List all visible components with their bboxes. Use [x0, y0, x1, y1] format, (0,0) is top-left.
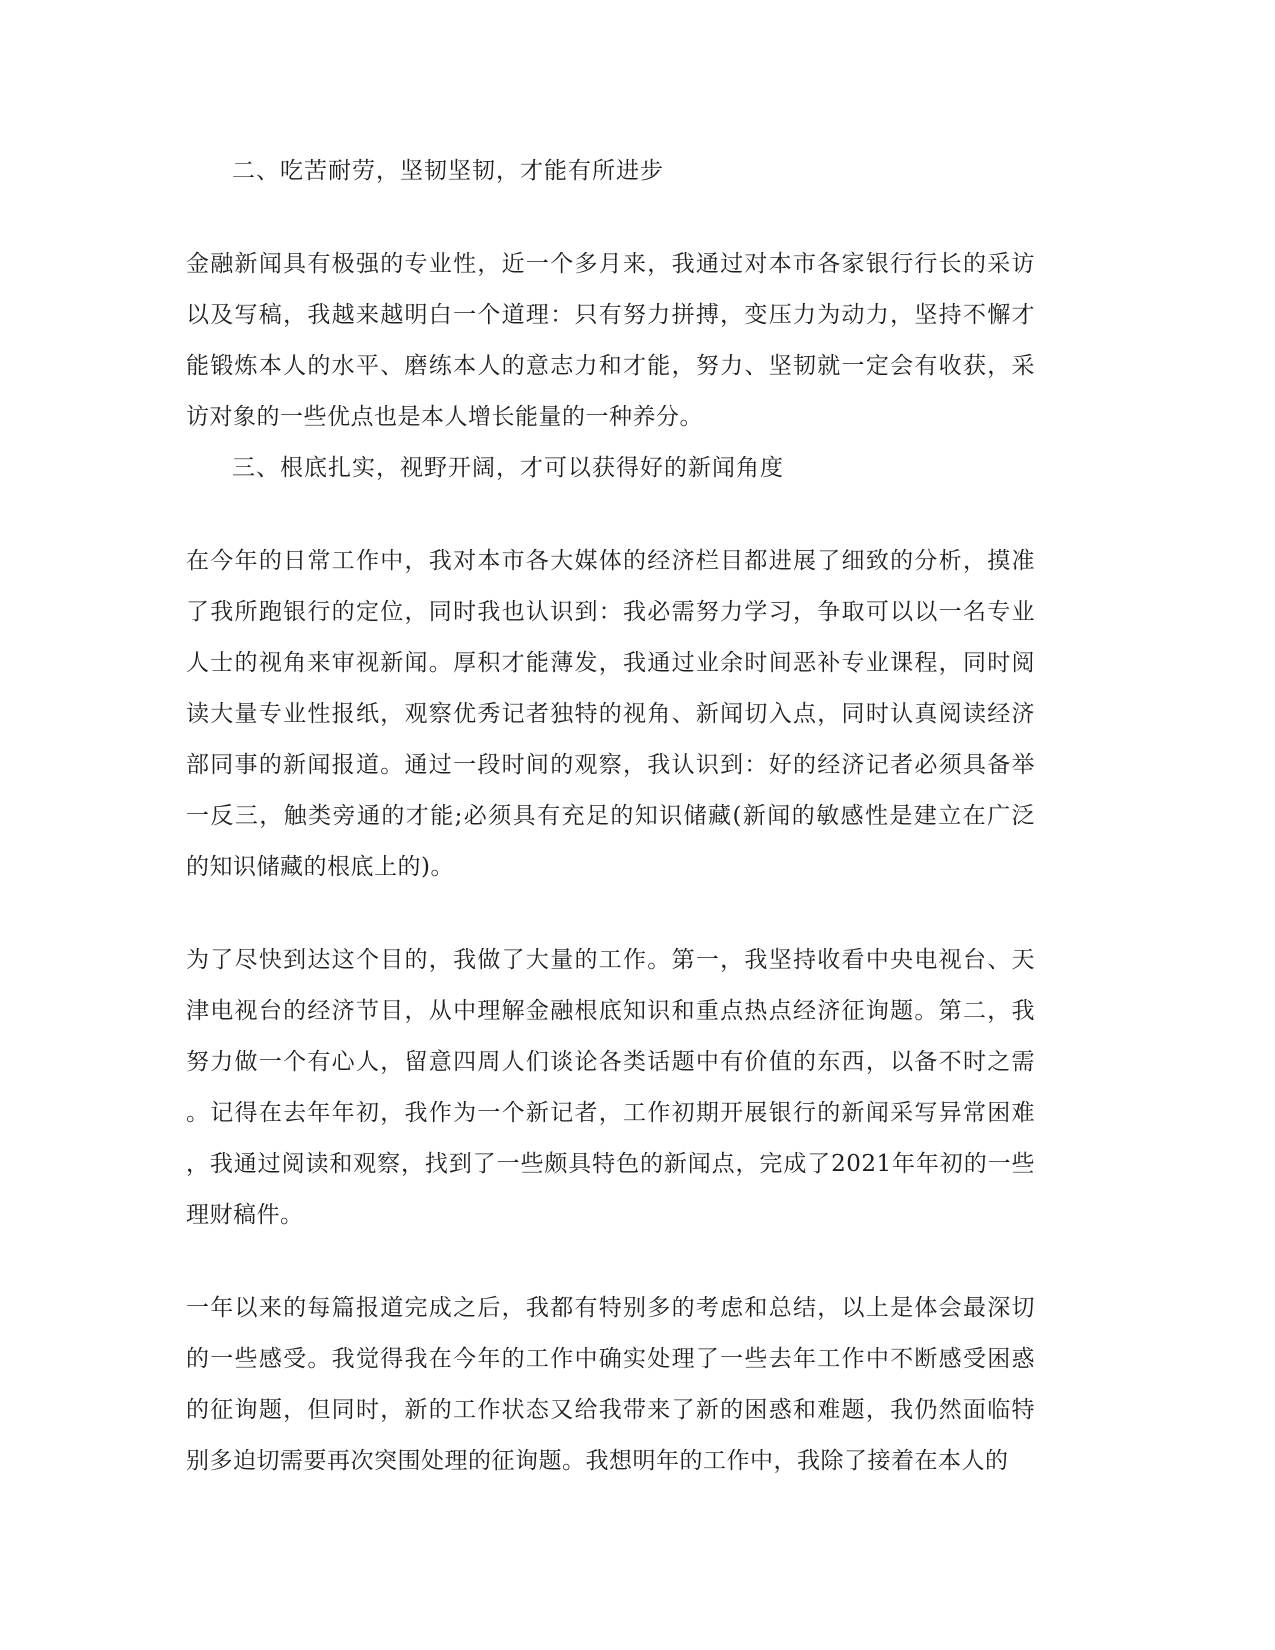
- text-line: 了我所跑银行的定位，同时我也认识到：我必需努力学习，争取可以以一名专业: [186, 587, 1035, 638]
- paragraph: 在今年的日常工作中，我对本市各大媒体的经济栏目都进展了细致的分析，摸准了我所跑银…: [186, 536, 1035, 893]
- paragraph: 金融新闻具有极强的专业性，近一个多月来，我通过对本市各家银行行长的采访以及写稿，…: [186, 239, 1035, 443]
- text-line: 访对象的一些优点也是本人增长能量的一种养分。: [186, 392, 1035, 443]
- text-line: 努力做一个有心人，留意四周人们谈论各类话题中有价值的东西，以备不时之需: [186, 1037, 1035, 1088]
- section-heading: 三、根底扎实，视野开阔，才可以获得好的新闻角度: [186, 443, 1035, 494]
- text-line: 能锻炼本人的水平、磨练本人的意志力和才能，努力、坚韧就一定会有收获，采: [186, 341, 1035, 392]
- text-line: 的知识储藏的根底上的)。: [186, 842, 1035, 893]
- text-line: 部同事的新闻报道。通过一段时间的观察，我认识到：好的经济记者必须具备举: [186, 740, 1035, 791]
- text-line: 津电视台的经济节目，从中理解金融根底知识和重点热点经济征询题。第二，我: [186, 986, 1035, 1037]
- section-heading: 二、吃苦耐劳，坚韧坚韧，才能有所进步: [186, 146, 1035, 197]
- text-line: 读大量专业性报纸，观察优秀记者独特的视角、新闻切入点，同时认真阅读经济: [186, 689, 1035, 740]
- section-heading-text: 三、根底扎实，视野开阔，才可以获得好的新闻角度: [186, 443, 1035, 494]
- text-line: ，我通过阅读和观察，找到了一些颇具特色的新闻点，完成了2021年年初的一些: [186, 1139, 1035, 1190]
- text-line: 。记得在去年年初，我作为一个新记者，工作初期开展银行的新闻采写异常困难: [186, 1088, 1035, 1139]
- text-line: 一反三，触类旁通的才能;必须具有充足的知识储藏(新闻的敏感性是建立在广泛: [186, 791, 1035, 842]
- paragraph: 一年以来的每篇报道完成之后，我都有特别多的考虑和总结，以上是体会最深切的一些感受…: [186, 1283, 1035, 1487]
- text-line: 金融新闻具有极强的专业性，近一个多月来，我通过对本市各家银行行长的采访: [186, 239, 1035, 290]
- text-line: 人士的视角来审视新闻。厚积才能薄发，我通过业余时间恶补专业课程，同时阅: [186, 638, 1035, 689]
- document-content: 二、吃苦耐劳，坚韧坚韧，才能有所进步金融新闻具有极强的专业性，近一个多月来，我通…: [186, 146, 1035, 1487]
- paragraph: 为了尽快到达这个目的，我做了大量的工作。第一，我坚持收看中央电视台、天津电视台的…: [186, 935, 1035, 1241]
- document-page: 二、吃苦耐劳，坚韧坚韧，才能有所进步金融新闻具有极强的专业性，近一个多月来，我通…: [0, 0, 1275, 1650]
- text-line: 的一些感受。我觉得我在今年的工作中确实处理了一些去年工作中不断感受困惑: [186, 1334, 1035, 1385]
- text-line: 的征询题，但同时，新的工作状态又给我带来了新的困惑和难题，我仍然面临特: [186, 1385, 1035, 1436]
- section-heading-text: 二、吃苦耐劳，坚韧坚韧，才能有所进步: [186, 146, 1035, 197]
- text-line: 别多迫切需要再次突围处理的征询题。我想明年的工作中，我除了接着在本人的: [186, 1436, 1035, 1487]
- text-line: 以及写稿，我越来越明白一个道理：只有努力拼搏，变压力为动力，坚持不懈才: [186, 290, 1035, 341]
- text-line: 为了尽快到达这个目的，我做了大量的工作。第一，我坚持收看中央电视台、天: [186, 935, 1035, 986]
- text-line: 一年以来的每篇报道完成之后，我都有特别多的考虑和总结，以上是体会最深切: [186, 1283, 1035, 1334]
- text-line: 在今年的日常工作中，我对本市各大媒体的经济栏目都进展了细致的分析，摸准: [186, 536, 1035, 587]
- text-line: 理财稿件。: [186, 1190, 1035, 1241]
